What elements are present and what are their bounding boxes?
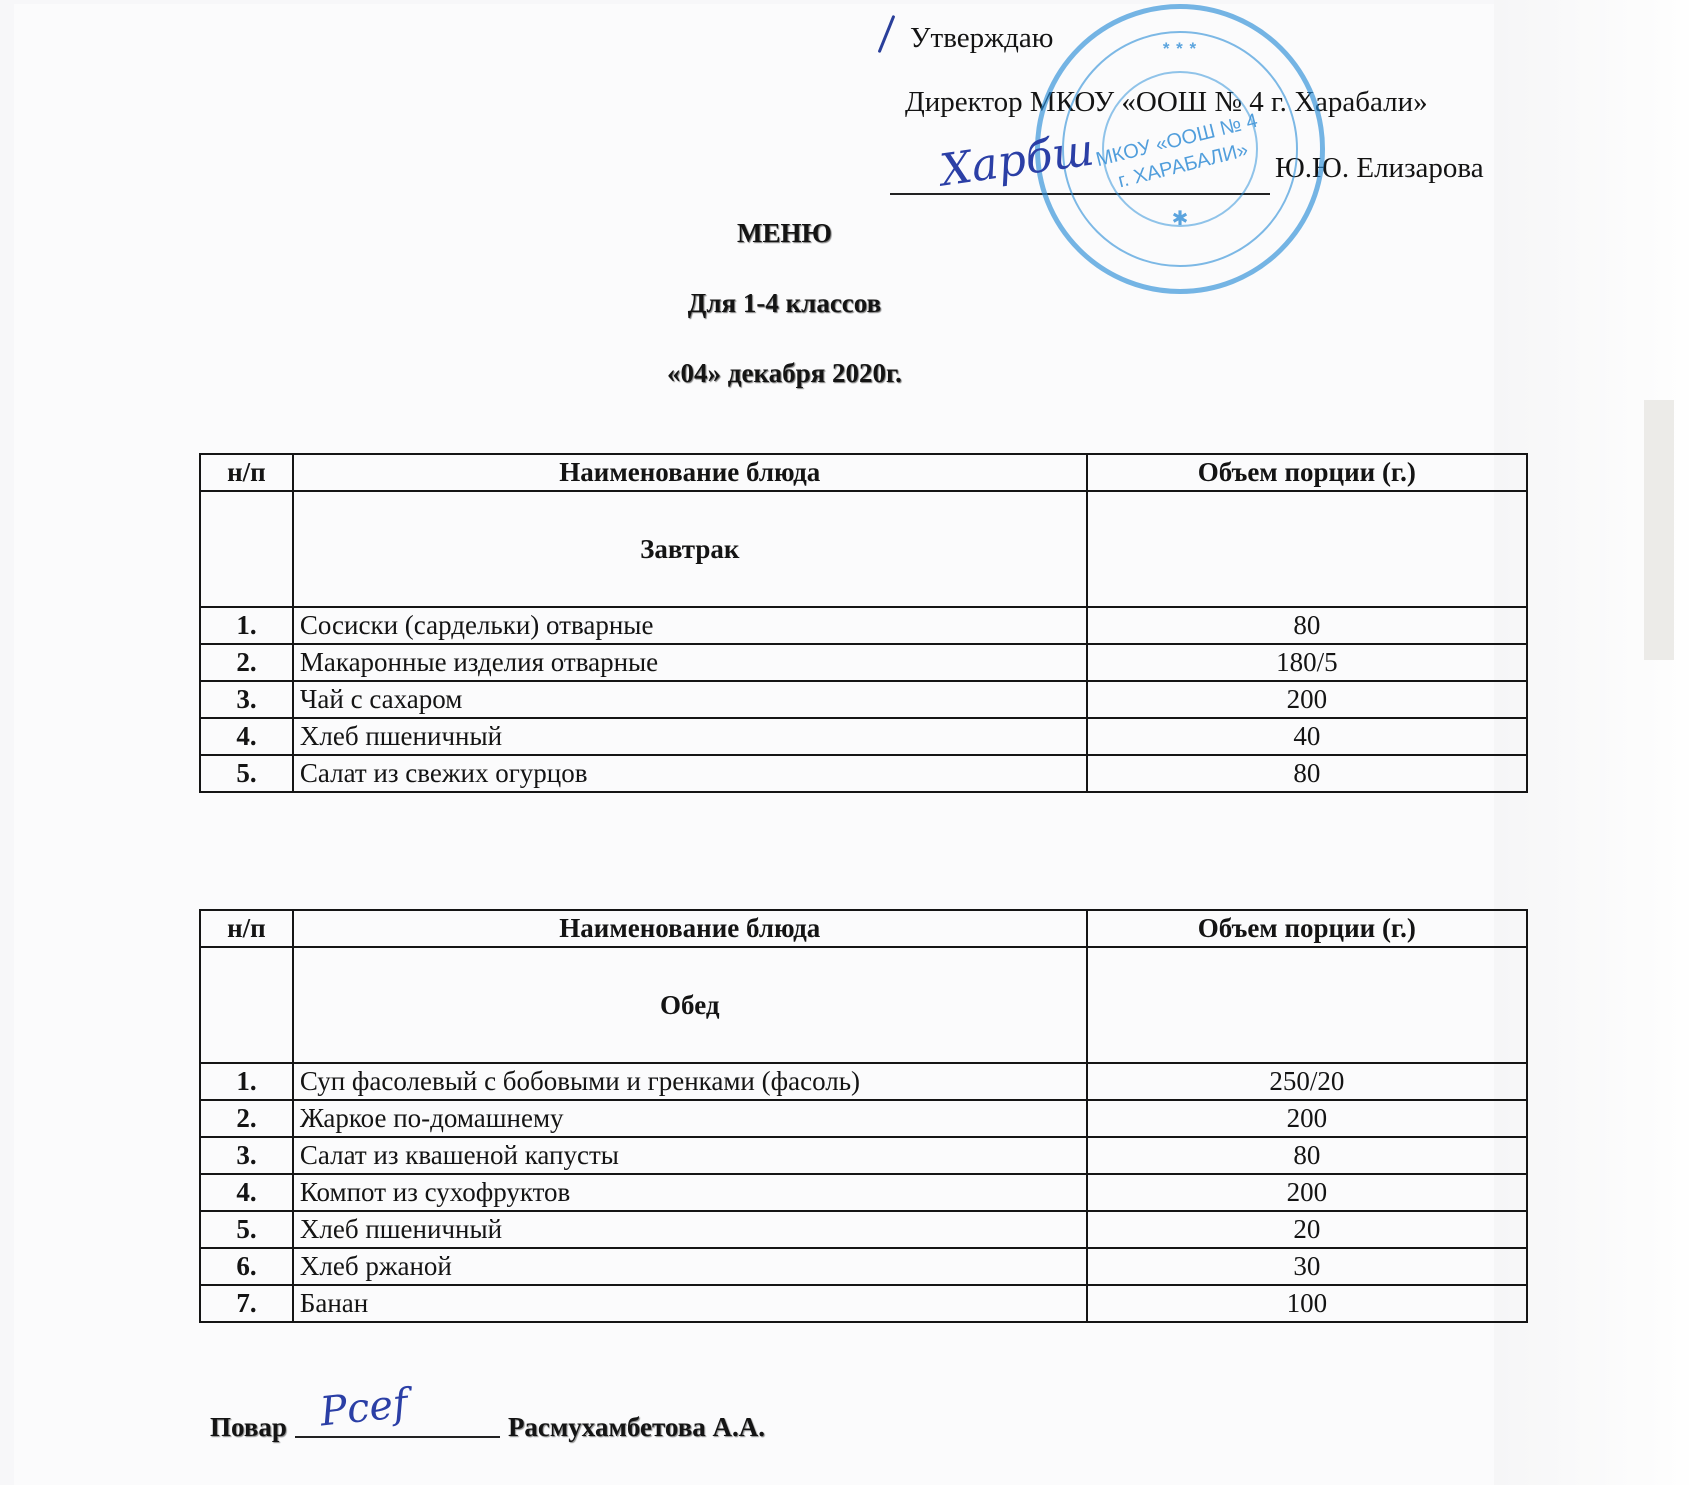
table-row: 5.Салат из свежих огурцов80 <box>200 755 1527 792</box>
column-header-dish: Наименование блюда <box>293 454 1087 491</box>
column-header-dish: Наименование блюда <box>293 910 1087 947</box>
item-number: 3. <box>200 1137 293 1174</box>
portion-size: 30 <box>1087 1248 1527 1285</box>
item-number: 6. <box>200 1248 293 1285</box>
dish-name: Компот из сухофруктов <box>293 1174 1087 1211</box>
section-label-lunch: Обед <box>293 947 1087 1063</box>
stamp-top-text: * * * <box>1040 39 1320 59</box>
cook-signature-block: ПоварРасмухамбетова А.А. <box>210 1412 765 1443</box>
column-header-portion: Объем порции (г.) <box>1087 910 1527 947</box>
dish-name: Салат из свежих огурцов <box>293 755 1087 792</box>
document-title: МЕНЮ <box>0 218 1629 249</box>
approval-label: Утверждаю <box>910 22 1053 55</box>
section-row: Обед <box>200 947 1527 1063</box>
dish-name: Салат из квашеной капусты <box>293 1137 1087 1174</box>
dish-name: Хлеб пшеничный <box>293 1211 1087 1248</box>
item-number: 2. <box>200 1100 293 1137</box>
dish-name: Чай с сахаром <box>293 681 1087 718</box>
lunch-rows: Обед 1.Суп фасолевый с бобовыми и гренка… <box>200 947 1527 1322</box>
item-number: 5. <box>200 1211 293 1248</box>
column-header-portion: Объем порции (г.) <box>1087 454 1527 491</box>
document-audience: Для 1-4 классов <box>0 288 1629 319</box>
item-number: 4. <box>200 718 293 755</box>
dish-name: Банан <box>293 1285 1087 1322</box>
dish-name: Жаркое по-домашнему <box>293 1100 1087 1137</box>
table-row: 7.Банан100 <box>200 1285 1527 1322</box>
table-row: 3.Чай с сахаром200 <box>200 681 1527 718</box>
dish-name: Суп фасолевый с бобовыми и гренками (фас… <box>293 1063 1087 1100</box>
portion-size: 250/20 <box>1087 1063 1527 1100</box>
table-row: 6.Хлеб ржаной30 <box>200 1248 1527 1285</box>
lunch-table: н/п Наименование блюда Объем порции (г.)… <box>199 909 1528 1323</box>
item-number: 2. <box>200 644 293 681</box>
item-number: 7. <box>200 1285 293 1322</box>
portion-size: 200 <box>1087 1174 1527 1211</box>
item-number: 1. <box>200 1063 293 1100</box>
portion-size: 180/5 <box>1087 644 1527 681</box>
item-number: 1. <box>200 607 293 644</box>
section-row: Завтрак <box>200 491 1527 607</box>
portion-size: 80 <box>1087 1137 1527 1174</box>
cook-signature-line <box>295 1436 500 1438</box>
dish-name: Хлеб пшеничный <box>293 718 1087 755</box>
portion-size: 100 <box>1087 1285 1527 1322</box>
dish-name: Макаронные изделия отварные <box>293 644 1087 681</box>
table-header-row: н/п Наименование блюда Объем порции (г.) <box>200 910 1527 947</box>
item-number: 5. <box>200 755 293 792</box>
portion-size: 200 <box>1087 681 1527 718</box>
table-row: 1.Сосиски (сардельки) отварные80 <box>200 607 1527 644</box>
table-row: 1.Суп фасолевый с бобовыми и гренками (ф… <box>200 1063 1527 1100</box>
table-row: 5.Хлеб пшеничный20 <box>200 1211 1527 1248</box>
portion-size: 80 <box>1087 607 1527 644</box>
section-label-breakfast: Завтрак <box>293 491 1087 607</box>
portion-size: 20 <box>1087 1211 1527 1248</box>
breakfast-table: н/п Наименование блюда Объем порции (г.)… <box>199 453 1528 793</box>
table-row: 2.Макаронные изделия отварные180/5 <box>200 644 1527 681</box>
table-row: 4.Компот из сухофруктов200 <box>200 1174 1527 1211</box>
portion-size: 40 <box>1087 718 1527 755</box>
portion-size: 80 <box>1087 755 1527 792</box>
cook-signature: Рсеf <box>318 1381 410 1436</box>
dish-name: Хлеб ржаной <box>293 1248 1087 1285</box>
item-number: 3. <box>200 681 293 718</box>
cook-role: Повар <box>210 1412 287 1442</box>
column-header-number: н/п <box>200 910 293 947</box>
table-row: 3.Салат из квашеной капусты80 <box>200 1137 1527 1174</box>
column-header-number: н/п <box>200 454 293 491</box>
cook-name: Расмухамбетова А.А. <box>508 1412 765 1442</box>
table-header-row: н/п Наименование блюда Объем порции (г.) <box>200 454 1527 491</box>
table-row: 2.Жаркое по-домашнему200 <box>200 1100 1527 1137</box>
breakfast-rows: Завтрак 1.Сосиски (сардельки) отварные80… <box>200 491 1527 792</box>
table-row: 4.Хлеб пшеничный40 <box>200 718 1527 755</box>
portion-size: 200 <box>1087 1100 1527 1137</box>
document-date: «04» декабря 2020г. <box>0 358 1629 389</box>
dish-name: Сосиски (сардельки) отварные <box>293 607 1087 644</box>
item-number: 4. <box>200 1174 293 1211</box>
